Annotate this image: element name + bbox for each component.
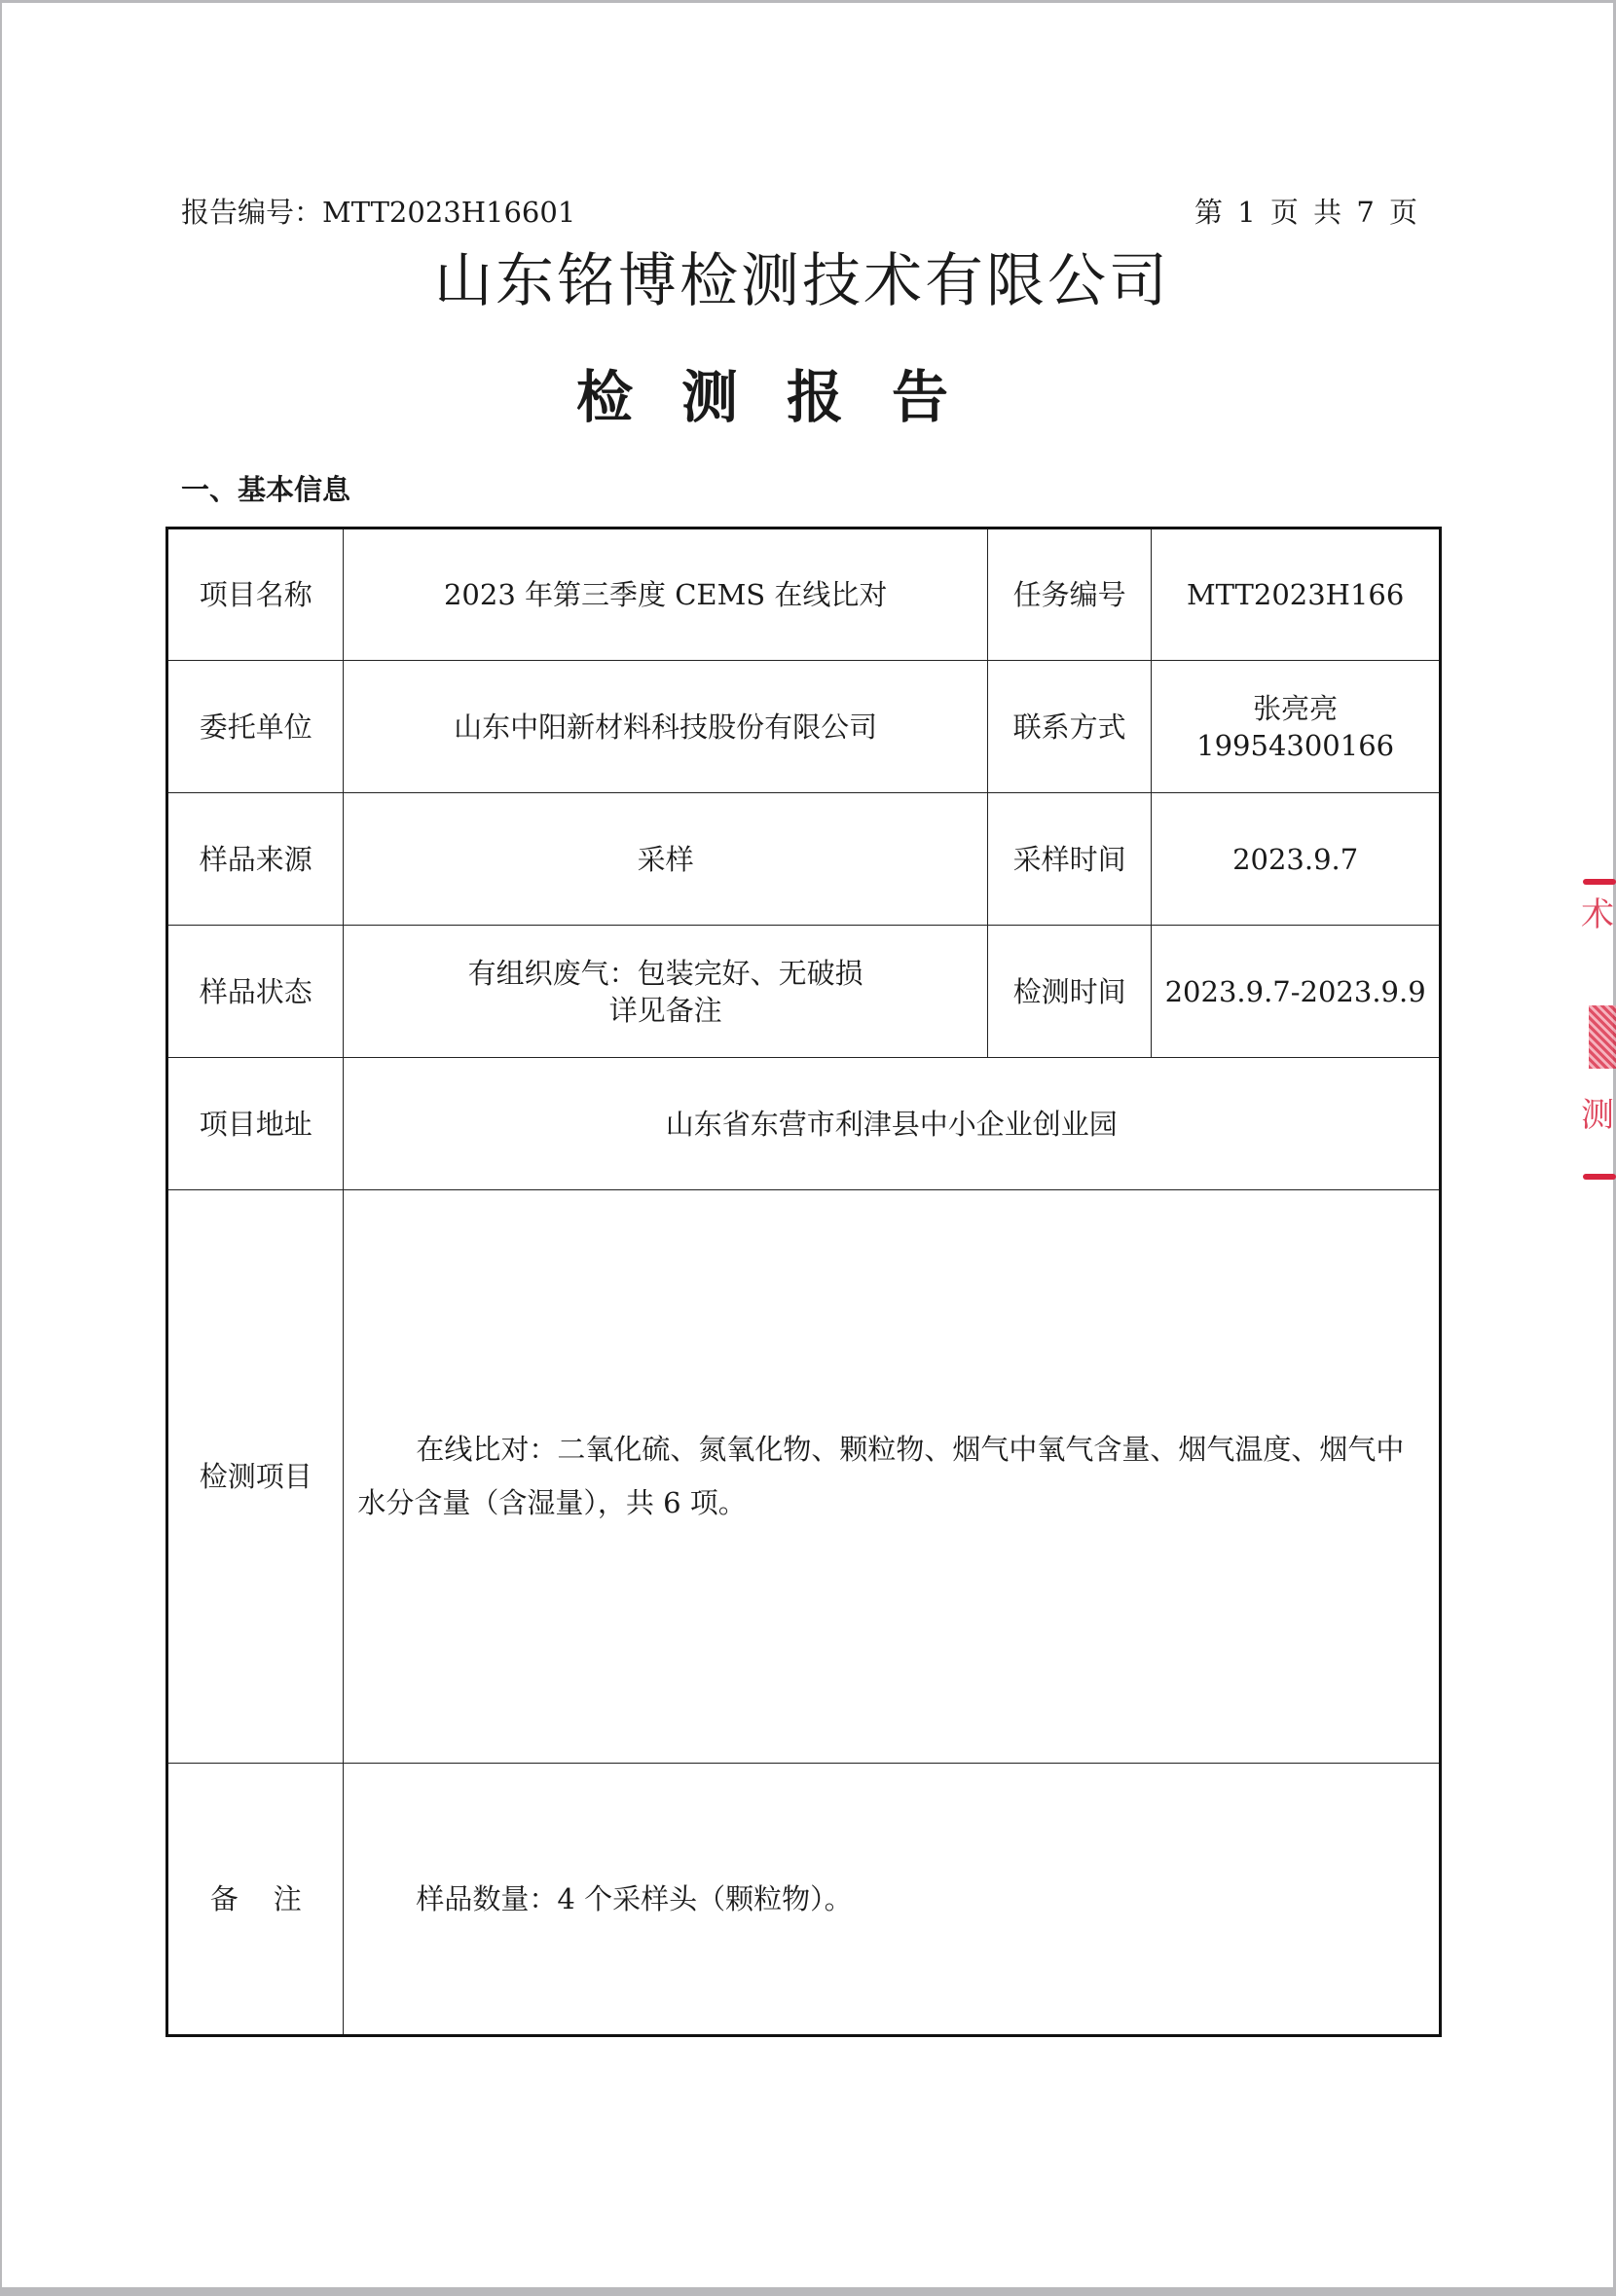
stamp-char-2: 测	[1581, 1088, 1614, 1136]
value-remarks: 样品数量：4 个采样头（颗粒物）。	[344, 1764, 1441, 2036]
report-number-label: 报告编号：	[181, 196, 322, 229]
report-number: 报告编号：MTT2023H16601	[181, 191, 575, 231]
contact-phone: 19954300166	[1152, 727, 1439, 764]
value-sampling-time: 2023.9.7	[1152, 793, 1441, 926]
document-title: 检测报告	[576, 351, 997, 433]
value-address: 山东省东营市利津县中小企业创业园	[344, 1058, 1441, 1190]
label-test-items: 检测项目	[167, 1190, 344, 1764]
value-client: 山东中阳新材料科技股份有限公司	[344, 661, 988, 793]
table-row-sample-source: 样品来源 采样 采样时间 2023.9.7	[167, 793, 1441, 926]
label-testing-time: 检测时间	[987, 926, 1151, 1058]
company-name: 山东铭博检测技术有限公司	[434, 235, 1170, 318]
value-project-name: 2023 年第三季度 CEMS 在线比对	[344, 528, 988, 661]
value-sample-source: 采样	[344, 793, 988, 926]
basic-info-table: 项目名称 2023 年第三季度 CEMS 在线比对 任务编号 MTT2023H1…	[165, 527, 1442, 2037]
table-row-client: 委托单位 山东中阳新材料科技股份有限公司 联系方式 张亮亮 1995430016…	[167, 661, 1441, 793]
value-test-items: 在线比对：二氧化硫、氮氧化物、颗粒物、烟气中氧气含量、烟气温度、烟气中水分含量（…	[344, 1190, 1441, 1764]
label-task-number: 任务编号	[987, 528, 1151, 661]
table-row-test-items: 检测项目 在线比对：二氧化硫、氮氧化物、颗粒物、烟气中氧气含量、烟气温度、烟气中…	[167, 1190, 1441, 1764]
stamp-top-bar	[1583, 879, 1616, 885]
report-page: 报告编号：MTT2023H16601 第 1 页 共 7 页 山东铭博检测技术有…	[2, 3, 1613, 2287]
label-client: 委托单位	[167, 661, 344, 793]
report-number-value: MTT2023H16601	[322, 196, 575, 229]
seal-stamp: 术 测	[1577, 874, 1616, 1185]
stamp-bottom-bar	[1583, 1174, 1616, 1180]
table-row-sample-status: 样品状态 有组织废气：包装完好、无破损 详见备注 检测时间 2023.9.7-2…	[167, 926, 1441, 1058]
label-contact: 联系方式	[987, 661, 1151, 793]
stamp-seal-mark	[1589, 1005, 1616, 1069]
label-sampling-time: 采样时间	[987, 793, 1151, 926]
contact-name: 张亮亮	[1152, 690, 1439, 727]
label-address: 项目地址	[167, 1058, 344, 1190]
stamp-char-1: 术	[1581, 888, 1614, 935]
value-sample-status: 有组织废气：包装完好、无破损 详见备注	[344, 926, 988, 1058]
table-row-address: 项目地址 山东省东营市利津县中小企业创业园	[167, 1058, 1441, 1190]
label-remarks: 备注	[167, 1764, 344, 2036]
page-counter: 第 1 页 共 7 页	[1194, 191, 1417, 231]
table-row-remarks: 备注 样品数量：4 个采样头（颗粒物）。	[167, 1764, 1441, 2036]
table-row-project-name: 项目名称 2023 年第三季度 CEMS 在线比对 任务编号 MTT2023H1…	[167, 528, 1441, 661]
label-project-name: 项目名称	[167, 528, 344, 661]
sample-status-line1: 有组织废气：包装完好、无破损	[344, 955, 987, 992]
section-title-basic-info: 一、基本信息	[181, 468, 350, 508]
label-sample-source: 样品来源	[167, 793, 344, 926]
value-contact: 张亮亮 19954300166	[1152, 661, 1441, 793]
value-task-number: MTT2023H166	[1152, 528, 1441, 661]
sample-status-line2: 详见备注	[344, 992, 987, 1029]
label-sample-status: 样品状态	[167, 926, 344, 1058]
value-testing-time: 2023.9.7-2023.9.9	[1152, 926, 1441, 1058]
